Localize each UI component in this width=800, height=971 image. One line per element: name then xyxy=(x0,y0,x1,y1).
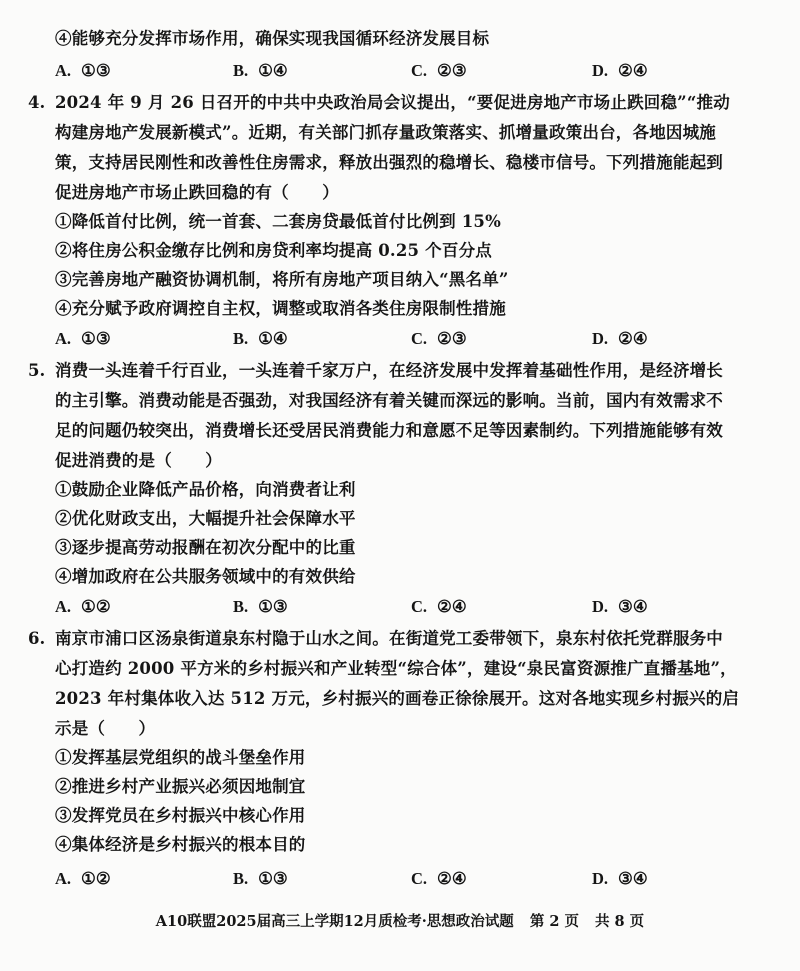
q6-option-4: ④集体经济是乡村振兴的根本目的 xyxy=(55,834,306,856)
q6-choice-d: D.③④ xyxy=(592,868,648,890)
q5-option-4: ④增加政府在公共服务领域中的有效供给 xyxy=(55,566,356,588)
q6-choices: A.①② B.①③ C.②④ D.③④ xyxy=(55,868,775,890)
q5-choices: A.①② B.①③ C.②④ D.③④ xyxy=(55,596,775,618)
q5-option-1: ①鼓励企业降低产品价格，向消费者让利 xyxy=(55,479,356,501)
q4-stem-line: 2024 年 9 月 26 日召开的中共中央政治局会议提出，“要促进房地产市场止… xyxy=(55,92,730,114)
q6-choice-a: A.①② xyxy=(55,868,111,890)
q6-stem-line: 南京市浦口区汤泉街道泉东村隐于山水之间。在街道党工委带领下，泉东村依托党群服务中 xyxy=(55,628,723,650)
q3-choices: A.①③ B.①④ C.②③ D.②④ xyxy=(55,60,775,82)
q3-choice-d: D.②④ xyxy=(592,60,648,82)
q4-option-1: ①降低首付比例，统一首套、二套房贷最低首付比例到 15% xyxy=(55,211,501,233)
q5-number: 5. xyxy=(28,360,45,382)
q6-number: 6. xyxy=(28,628,45,650)
q5-choice-a: A.①② xyxy=(55,596,111,618)
q3-choice-c: C.②③ xyxy=(411,60,467,82)
q4-number: 4. xyxy=(28,92,45,114)
q4-stem-line: 策，支持居民刚性和改善性住房需求，释放出强烈的稳增长、稳楼市信号。下列措施能起到 xyxy=(55,152,723,174)
q4-choice-c: C.②③ xyxy=(411,328,467,350)
q5-choice-d: D.③④ xyxy=(592,596,648,618)
q5-stem-line: 的主引擎。消费动能是否强劲，对我国经济有着关键而深远的影响。当前，国内有效需求不 xyxy=(55,390,723,412)
page-total: 共 8 页 xyxy=(595,913,644,930)
q4-choice-b: B.①④ xyxy=(233,328,288,350)
q4-choice-a: A.①③ xyxy=(55,328,111,350)
q4-option-2: ②将住房公积金缴存比例和房贷利率均提高 0.25 个百分点 xyxy=(55,240,492,262)
q5-option-3: ③逐步提高劳动报酬在初次分配中的比重 xyxy=(55,537,356,559)
q5-choice-b: B.①③ xyxy=(233,596,288,618)
q6-option-2: ②推进乡村产业振兴必须因地制宜 xyxy=(55,776,306,798)
q5-stem-line: 促进消费的是（ ） xyxy=(55,450,222,472)
q6-choice-b: B.①③ xyxy=(233,868,288,890)
q4-choices: A.①③ B.①④ C.②③ D.②④ xyxy=(55,328,775,350)
q4-option-4: ④充分赋予政府调控自主权，调整或取消各类住房限制性措施 xyxy=(55,298,506,320)
q4-option-3: ③完善房地产融资协调机制，将所有房地产项目纳入“黑名单” xyxy=(55,269,509,291)
q6-option-1: ①发挥基层党组织的战斗堡垒作用 xyxy=(55,747,306,769)
q5-stem-line: 消费一头连着千行百业，一头连着千家万户，在经济发展中发挥着基础性作用，是经济增长 xyxy=(55,360,723,382)
q6-option-3: ③发挥党员在乡村振兴中核心作用 xyxy=(55,805,306,827)
exam-page: ④能够充分发挥市场作用，确保实现我国循环经济发展目标 A.①③ B.①④ C.②… xyxy=(0,0,800,971)
exam-title: A10联盟2025届高三上学期12月质检考·思想政治试题 xyxy=(156,913,514,930)
q3-option-4: ④能够充分发挥市场作用，确保实现我国循环经济发展目标 xyxy=(55,28,489,50)
page-number: 第 2 页 xyxy=(530,913,579,930)
q6-stem-line: 2023 年村集体收入达 512 万元，乡村振兴的画卷正徐徐展开。这对各地实现乡… xyxy=(55,688,739,710)
q4-stem-line: 构建房地产发展新模式”。近期，有关部门抓存量政策落实、抓增量政策出台，各地因城施 xyxy=(55,122,716,144)
q6-choice-c: C.②④ xyxy=(411,868,467,890)
q6-stem-line: 心打造约 2000 平方米的乡村振兴和产业转型“综合体”，建设“泉民富资源推广直… xyxy=(55,658,737,680)
q5-choice-c: C.②④ xyxy=(411,596,467,618)
q4-stem-line: 促进房地产市场止跌回稳的有（ ） xyxy=(55,182,339,204)
q3-choice-b: B.①④ xyxy=(233,60,288,82)
q5-option-2: ②优化财政支出，大幅提升社会保障水平 xyxy=(55,508,356,530)
q4-choice-d: D.②④ xyxy=(592,328,648,350)
page-footer: A10联盟2025届高三上学期12月质检考·思想政治试题第 2 页共 8 页 xyxy=(0,912,800,932)
q5-stem-line: 足的问题仍较突出，消费增长还受居民消费能力和意愿不足等因素制约。下列措施能够有效 xyxy=(55,420,723,442)
q3-choice-a: A.①③ xyxy=(55,60,111,82)
q6-stem-line: 示是（ ） xyxy=(55,718,155,740)
